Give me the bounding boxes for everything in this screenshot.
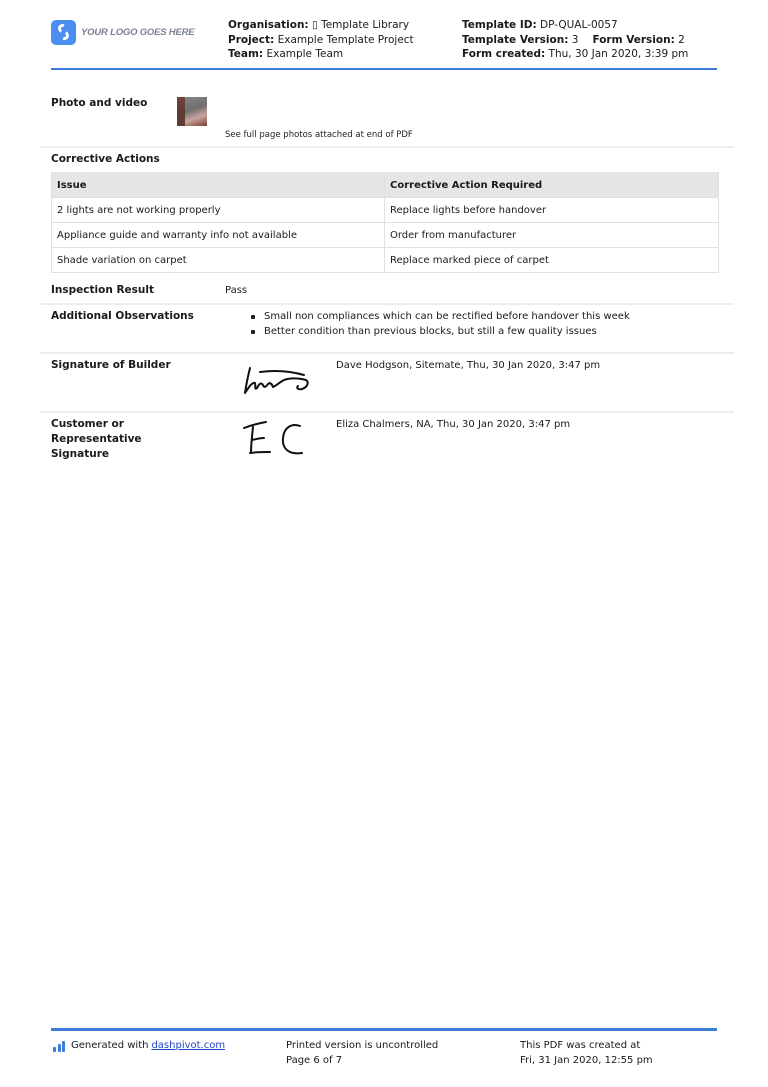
inspection-result-value: Pass <box>225 283 247 298</box>
logo-text: YOUR LOGO GOES HERE <box>81 27 194 38</box>
footer-generated: Generated with dashpivot.com <box>53 1039 225 1054</box>
company-logo: YOUR LOGO GOES HERE <box>51 20 194 45</box>
version-line: Template Version: 3Form Version: 2 <box>462 33 688 48</box>
action-cell: Replace lights before handover <box>385 198 719 223</box>
observations-label: Additional Observations <box>51 309 194 324</box>
table-row: Appliance guide and warranty info not av… <box>52 223 719 248</box>
section-divider <box>40 303 734 305</box>
form-created-line: Form created: Thu, 30 Jan 2020, 3:39 pm <box>462 47 688 62</box>
list-item: Better condition than previous blocks, b… <box>264 324 630 339</box>
table-row: Shade variation on carpet Replace marked… <box>52 248 719 273</box>
customer-signature-image <box>240 418 312 460</box>
project-value: Example Template Project <box>278 34 414 46</box>
uncontrolled-notice: Printed version is uncontrolled <box>286 1039 438 1054</box>
column-header-issue: Issue <box>52 173 385 198</box>
page-header: YOUR LOGO GOES HERE Organisation: ▯ Temp… <box>51 18 717 70</box>
header-template-info: Template ID: DP-QUAL-0057 Template Versi… <box>462 18 688 62</box>
builder-signature-label: Signature of Builder <box>51 358 171 373</box>
list-item: Small non compliances which can be recti… <box>264 309 630 324</box>
project-line: Project: Example Template Project <box>228 33 414 48</box>
customer-signature-label: Customer or Representative Signature <box>51 417 142 462</box>
section-divider <box>40 146 734 148</box>
corrective-actions-title: Corrective Actions <box>51 152 160 167</box>
form-created-value: Thu, 30 Jan 2020, 3:39 pm <box>549 48 689 60</box>
template-id-line: Template ID: DP-QUAL-0057 <box>462 18 688 33</box>
table-row: 2 lights are not working properly Replac… <box>52 198 719 223</box>
section-divider <box>40 352 734 354</box>
issue-cell: Appliance guide and warranty info not av… <box>52 223 385 248</box>
organisation-value: ▯ Template Library <box>312 19 409 31</box>
form-version-value: 2 <box>678 34 685 46</box>
issue-cell: 2 lights are not working properly <box>52 198 385 223</box>
builder-signature-image <box>240 360 312 398</box>
corrective-actions-table: Issue Corrective Action Required 2 light… <box>51 172 719 273</box>
photo-label: Photo and video <box>51 96 147 111</box>
photo-caption: See full page photos attached at end of … <box>225 130 413 140</box>
header-org-info: Organisation: ▯ Template Library Project… <box>228 18 414 62</box>
customer-signature-meta: Eliza Chalmers, NA, Thu, 30 Jan 2020, 3:… <box>336 417 570 432</box>
page-number: Page 6 of 7 <box>286 1054 438 1069</box>
section-divider <box>40 411 734 413</box>
pdf-created-timestamp: Fri, 31 Jan 2020, 12:55 pm <box>520 1054 653 1069</box>
issue-cell: Shade variation on carpet <box>52 248 385 273</box>
builder-signature-meta: Dave Hodgson, Sitemate, Thu, 30 Jan 2020… <box>336 358 600 373</box>
team-value: Example Team <box>266 48 343 60</box>
organisation-line: Organisation: ▯ Template Library <box>228 18 414 33</box>
inspection-result-label: Inspection Result <box>51 283 154 298</box>
action-cell: Order from manufacturer <box>385 223 719 248</box>
template-id-value: DP-QUAL-0057 <box>540 19 618 31</box>
column-header-action: Corrective Action Required <box>385 173 719 198</box>
team-line: Team: Example Team <box>228 47 414 62</box>
footer-page-info: Printed version is uncontrolled Page 6 o… <box>286 1039 438 1068</box>
table-header-row: Issue Corrective Action Required <box>52 173 719 198</box>
action-cell: Replace marked piece of carpet <box>385 248 719 273</box>
photo-thumbnail[interactable] <box>177 97 207 126</box>
footer-created-info: This PDF was created at Fri, 31 Jan 2020… <box>520 1039 653 1068</box>
footer-divider <box>51 1028 717 1031</box>
observations-list: Small non compliances which can be recti… <box>264 309 630 339</box>
dashpivot-link[interactable]: dashpivot.com <box>151 1039 225 1054</box>
template-version-value: 3 <box>572 34 579 46</box>
logo-icon <box>51 20 76 45</box>
dashpivot-logo-icon <box>53 1041 65 1052</box>
